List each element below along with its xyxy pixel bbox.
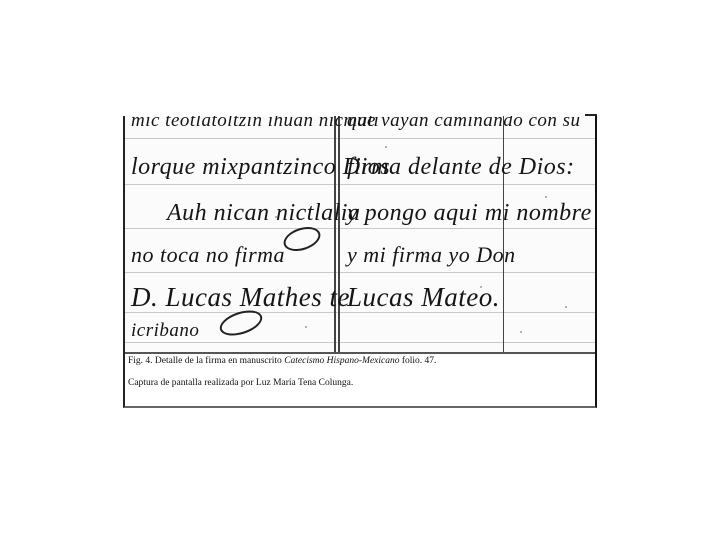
- caption-title: Catecismo Hispano-Mexicano: [284, 356, 399, 366]
- manuscript-line: y pongo aqui mi nombre: [347, 200, 592, 227]
- manuscript-line: que vayan caminando con su: [347, 116, 581, 132]
- caption-suffix: folio. 47.: [399, 356, 436, 366]
- figure-caption: Fig. 4. Detalle de la firma en manuscrit…: [125, 352, 595, 406]
- scan-speck: [385, 146, 387, 148]
- paper-rule: [125, 138, 595, 139]
- manuscript-line: firma delante de Dios:: [347, 154, 575, 181]
- paper-rule: [125, 272, 595, 273]
- scan-speck: [565, 306, 567, 308]
- caption-prefix: Fig. 4. Detalle de la firma en manuscrit…: [128, 356, 284, 366]
- manuscript-line: y mi firma yo Don: [347, 242, 516, 268]
- scan-speck: [305, 326, 307, 328]
- manuscript-line: no toca no firma: [131, 242, 285, 268]
- column-divider-double: [334, 116, 340, 352]
- paper-rule: [125, 228, 595, 229]
- scan-speck: [545, 196, 547, 198]
- paper-rule: [125, 342, 595, 343]
- manuscript-line: icribano: [131, 320, 199, 342]
- manuscript-line: Auh nican nictlalia: [131, 200, 360, 227]
- manuscript-scan-image: mic teotlatoltzin ihuan nicmati lorque m…: [125, 116, 595, 352]
- caption-line-figure: Fig. 4. Detalle de la firma en manuscrit…: [128, 356, 436, 366]
- margin-line: [503, 116, 504, 352]
- figure-frame: mic teotlatoltzin ihuan nicmati lorque m…: [123, 116, 597, 408]
- paper-rule: [125, 184, 595, 185]
- manuscript-line: mic teotlatoltzin ihuan nicmati: [131, 116, 379, 132]
- caption-line-credit: Captura de pantalla realizada por Luz Ma…: [128, 378, 353, 388]
- manuscript-line: Lucas Mateo.: [347, 282, 500, 313]
- manuscript-line: D. Lucas Mathes te: [131, 282, 350, 313]
- scan-speck: [520, 331, 522, 333]
